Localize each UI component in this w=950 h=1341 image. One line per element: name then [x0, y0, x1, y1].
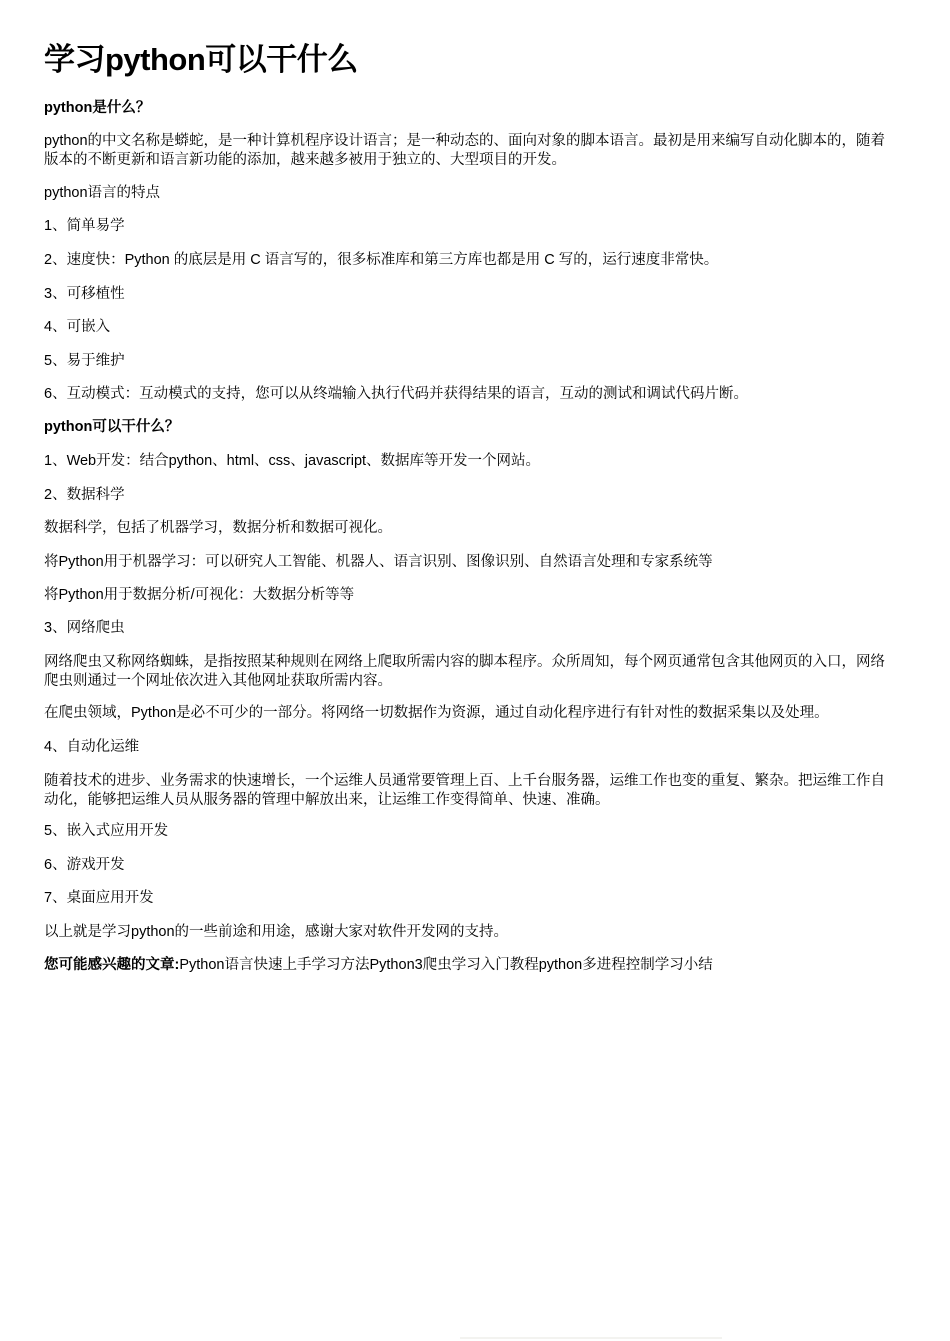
section-heading: python可以干什么？: [44, 418, 894, 437]
paragraph: 7、桌面应用开发: [44, 889, 894, 908]
paragraph: 1、Web开发：结合python、html、css、javascript、数据库…: [44, 452, 894, 471]
paragraph: 随着技术的进步、业务需求的快速增长，一个运维人员通常要管理上百、上千台服务器，运…: [44, 772, 894, 810]
paragraph: 在爬虫领域，Python是必不可少的一部分。将网络一切数据作为资源，通过自动化程…: [44, 704, 894, 723]
paragraph: 以上就是学习python的一些前途和用途，感谢大家对软件开发网的支持。: [44, 923, 894, 942]
section-heading: python是什么？: [44, 99, 894, 118]
paragraph: 数据科学，包括了机器学习，数据分析和数据可视化。: [44, 519, 894, 538]
paragraph: python语言的特点: [44, 184, 894, 203]
paragraph: 3、可移植性: [44, 285, 894, 304]
related-link-1[interactable]: Python语言快速上手学习方法: [179, 957, 369, 973]
paragraph: 将Python用于机器学习：可以研究人工智能、机器人、语言识别、图像识别、自然语…: [44, 553, 894, 572]
paragraph: 网络爬虫又称网络蜘蛛，是指按照某种规则在网络上爬取所需内容的脚本程序。众所周知，…: [44, 653, 894, 691]
related-articles: 您可能感兴趣的文章:Python语言快速上手学习方法Python3爬虫学习入门教…: [44, 956, 894, 975]
paragraph: 4、可嵌入: [44, 318, 894, 337]
paragraph: 6、互动模式：互动模式的支持，您可以从终端输入执行代码并获得结果的语言，互动的测…: [44, 385, 894, 404]
page-title: 学习python可以干什么: [44, 40, 358, 80]
paragraph: 2、速度快：Python 的底层是用 C 语言写的，很多标准库和第三方库也都是用…: [44, 251, 894, 270]
related-link-2[interactable]: Python3爬虫学习入门教程: [369, 957, 538, 973]
paragraph: 2、数据科学: [44, 486, 894, 505]
paragraph: 5、嵌入式应用开发: [44, 822, 894, 841]
related-articles-label: 您可能感兴趣的文章:: [44, 957, 179, 973]
paragraph: 5、易于维护: [44, 352, 894, 371]
paragraph: 1、简单易学: [44, 217, 894, 236]
paragraph: 3、网络爬虫: [44, 619, 894, 638]
paragraph: 6、游戏开发: [44, 856, 894, 875]
paragraph: 将Python用于数据分析/可视化：大数据分析等等: [44, 586, 894, 605]
related-link-3[interactable]: python多进程控制学习小结: [539, 957, 713, 973]
paragraph: python的中文名称是蟒蛇，是一种计算机程序设计语言；是一种动态的、面向对象的…: [44, 132, 894, 170]
paragraph: 4、自动化运维: [44, 738, 894, 757]
footer-watermark: [460, 1337, 722, 1339]
